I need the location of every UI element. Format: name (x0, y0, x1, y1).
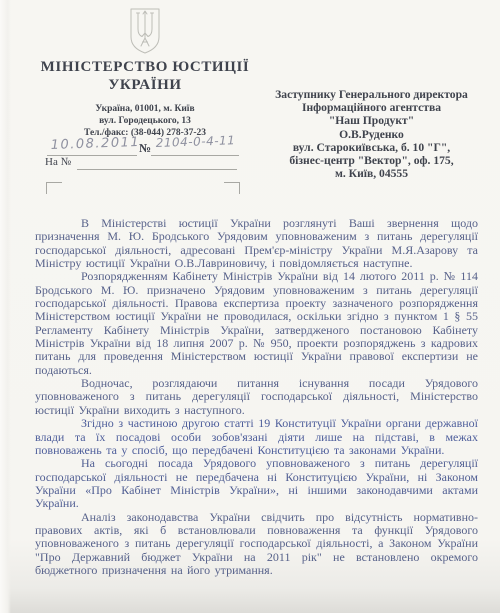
body-paragraph: Водночас, розглядаючи питання існування … (35, 377, 478, 417)
outgoing-number-handwritten: 2104-0-4-11 (156, 133, 236, 150)
address-zone-corner-right (224, 182, 240, 194)
body-paragraph: В Міністерстві юстиції України розглянут… (35, 217, 478, 270)
recipient-line: О.В.Руденко (250, 128, 493, 141)
body-paragraph: Розпорядженням Кабінету Міністрів Україн… (35, 270, 478, 377)
body-paragraph: Згідно з частиною другою статті 19 Конст… (35, 417, 478, 457)
recipient-line: Інформаційного агентства (250, 101, 493, 114)
body-paragraph: На сьогодні посада Урядового уповноважен… (35, 457, 478, 510)
recipient-line: Заступнику Генерального директора (250, 88, 493, 101)
body-paragraph: Аналіз законодавства України свідчить пр… (35, 511, 478, 578)
number-underline (151, 155, 239, 156)
number-sign-label: № (139, 141, 151, 156)
recipient-line: м. Київ, 04555 (250, 167, 493, 180)
reply-to-label: На № (45, 156, 71, 168)
scanned-letter-page: МІНІСТЕРСТВО ЮСТИЦІЇ УКРАЇНИ Україна, 01… (0, 0, 500, 613)
outgoing-date-handwritten: 10.08.2011 (50, 135, 140, 153)
reference-block: 10.08.2011 № 2104-0-4-11 На № (0, 0, 250, 200)
recipient-line: бізнес-центр "Вектор", оф. 175, (250, 154, 493, 167)
address-zone-corner-left (46, 182, 62, 194)
recipient-block: Заступнику Генерального директора Інформ… (250, 88, 493, 180)
letter-body: В Міністерстві юстиції України розглянут… (35, 217, 478, 577)
recipient-line: вул. Старокиївська, б. 10 "Г", (250, 141, 493, 154)
reply-number-underline (77, 169, 237, 170)
recipient-line: "Наш Продукт" (250, 114, 493, 127)
